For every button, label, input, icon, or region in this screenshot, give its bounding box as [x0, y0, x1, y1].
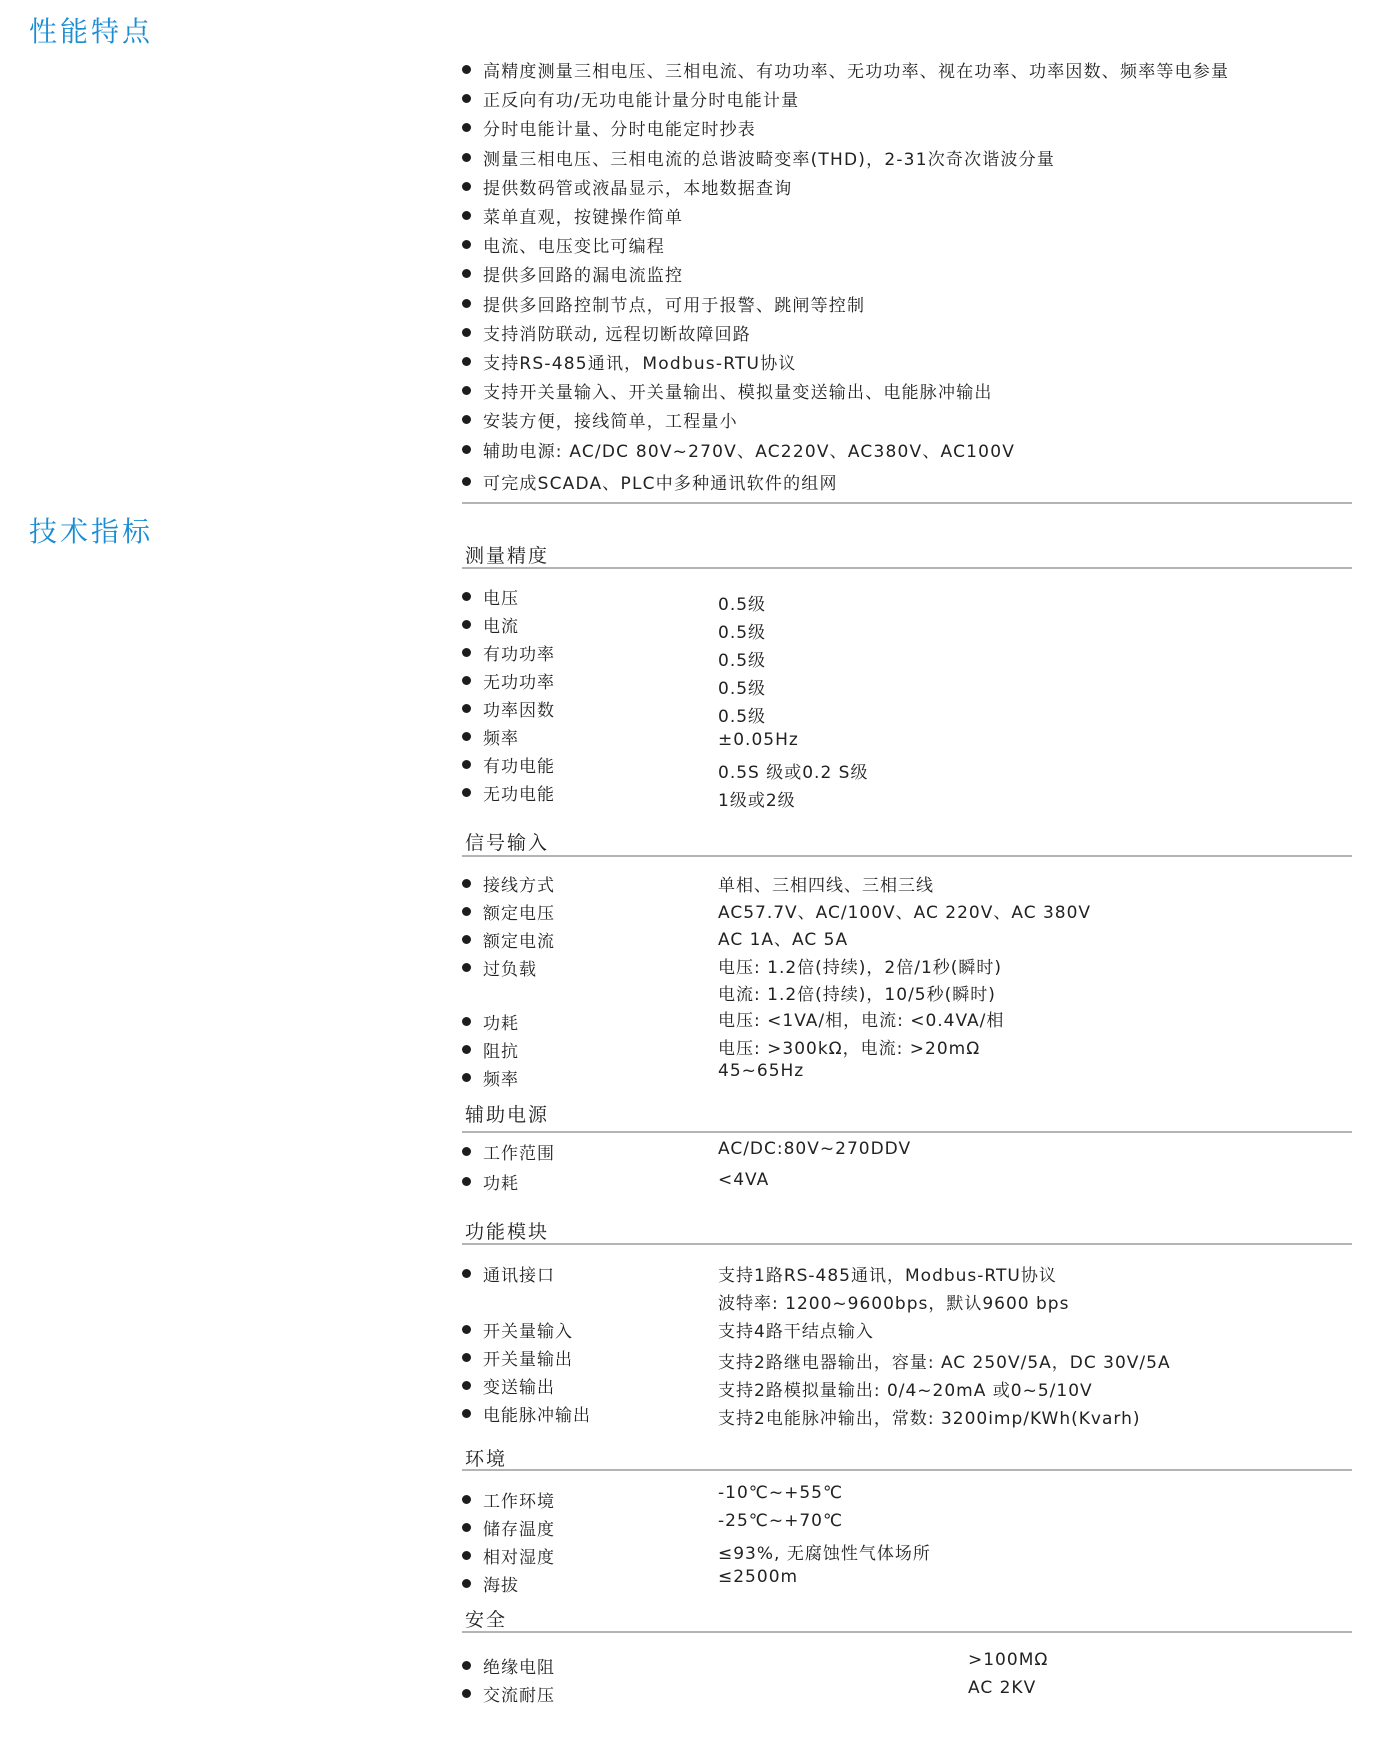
list-item: 辅助电源: AC/DC 80V~270V、AC220V、AC380V、AC100…	[462, 434, 1229, 463]
bullet-icon	[462, 299, 471, 308]
spec-label: 无功电能	[483, 780, 555, 805]
spec-label: 阻抗	[483, 1037, 519, 1062]
spec-row: 频率±0.05Hz	[462, 724, 1352, 752]
spec-value: 电压: 1.2倍(持续)，2倍/1秒(瞬时)	[718, 953, 1002, 978]
spec-label: 无功功率	[483, 668, 555, 693]
spec-value: >100MΩ	[968, 1650, 1048, 1670]
spec-row: 无功电能1级或2级	[462, 780, 1352, 808]
bullet-icon	[462, 1147, 471, 1156]
spec-label: 额定电流	[483, 927, 555, 952]
spec-row: 有功电能0.5S 级或0.2 S级	[462, 752, 1352, 780]
spec-label: 接线方式	[483, 871, 555, 896]
bullet-icon	[462, 445, 471, 454]
bullet-icon	[462, 415, 471, 424]
section-title-safety: 安全	[465, 1605, 507, 1632]
feature-text: 正反向有功/无功电能计量分时电能计量	[483, 86, 799, 111]
spec-label: 开关量输入	[483, 1317, 573, 1342]
bullet-icon	[462, 648, 471, 657]
bullet-icon	[462, 65, 471, 74]
spec-row: 频率45~65Hz	[462, 1063, 1352, 1091]
bullet-icon	[462, 1495, 471, 1504]
spec-row: 无功功率0.5级	[462, 668, 1352, 696]
list-item: 测量三相电压、三相电流的总谐波畸变率(THD)，2-31次奇次谐波分量	[462, 143, 1229, 172]
spec-value: AC57.7V、AC/100V、AC 220V、AC 380V	[718, 898, 1091, 923]
spec-row: 开关量输入支持4路干结点输入	[462, 1317, 1352, 1345]
spec-row: 工作范围AC/DC:80V~270DDV	[462, 1139, 1352, 1169]
spec-value: 单相、三相四线、三相三线	[718, 871, 934, 896]
bullet-icon	[462, 592, 471, 601]
spec-table-aux-power: 工作范围AC/DC:80V~270DDV 功耗<4VA	[462, 1139, 1352, 1197]
bullet-icon	[462, 1325, 471, 1334]
bullet-icon	[462, 1017, 471, 1026]
bullet-icon	[462, 153, 471, 162]
bullet-icon	[462, 1381, 471, 1390]
spec-label: 频率	[483, 1065, 519, 1090]
feature-text: 菜单直观，按键操作简单	[483, 203, 683, 228]
section-title-function-modules: 功能模块	[465, 1217, 549, 1244]
bullet-icon	[462, 1045, 471, 1054]
bullet-icon	[462, 1269, 471, 1278]
spec-table-signal-input: 接线方式单相、三相四线、三相三线 额定电压AC57.7V、AC/100V、AC …	[462, 871, 1352, 1091]
spec-label: 有功功率	[483, 640, 555, 665]
spec-row: 交流耐压AC 2KV	[462, 1679, 1352, 1707]
list-item: 可完成SCADA、PLC中多种通讯软件的组网	[462, 467, 1229, 496]
bullet-icon	[462, 935, 471, 944]
spec-label: 变送输出	[483, 1373, 555, 1398]
spec-label: 工作范围	[483, 1139, 555, 1164]
list-item: 安装方便，接线简单，工程量小	[462, 405, 1229, 434]
section-title-environment: 环境	[465, 1444, 507, 1471]
bullet-icon	[462, 1177, 471, 1186]
bullet-icon	[462, 879, 471, 888]
spec-value: 支持1路RS-485通讯，Modbus-RTU协议	[718, 1261, 1057, 1286]
list-item: 支持消防联动, 远程切断故障回路	[462, 318, 1229, 347]
spec-row: 阻抗电压: >300kΩ，电流: >20mΩ	[462, 1035, 1352, 1063]
features-heading: 性能特点	[29, 10, 153, 50]
spec-label: 额定电压	[483, 899, 555, 924]
spec-label: 电能脉冲输出	[483, 1401, 591, 1426]
spec-table-safety: 绝缘电阻>100MΩ 交流耐压AC 2KV	[462, 1651, 1352, 1707]
bullet-icon	[462, 620, 471, 629]
spec-value: 电压: >300kΩ，电流: >20mΩ	[718, 1034, 980, 1059]
spec-label: 过负载	[483, 955, 537, 980]
spec-row: 电流0.5级	[462, 612, 1352, 640]
list-item: 提供数码管或液晶显示，本地数据查询	[462, 172, 1229, 201]
spec-row: 接线方式单相、三相四线、三相三线	[462, 871, 1352, 899]
feature-text: 支持RS-485通讯，Modbus-RTU协议	[483, 349, 797, 374]
specs-heading: 技术指标	[29, 510, 153, 550]
spec-label: 频率	[483, 724, 519, 749]
bullet-icon	[462, 1689, 471, 1698]
spec-value: 支持2电能脉冲输出，常数: 3200imp/KWh(Kvarh)	[718, 1404, 1141, 1429]
feature-text: 支持开关量输入、开关量输出、模拟量变送输出、电能脉冲输出	[483, 378, 993, 403]
list-item: 支持开关量输入、开关量输出、模拟量变送输出、电能脉冲输出	[462, 376, 1229, 405]
bullet-icon	[462, 907, 471, 916]
section-divider	[462, 1243, 1352, 1245]
spec-row: 工作环境-10℃~+55℃	[462, 1487, 1352, 1515]
feature-text: 提供数码管或液晶显示，本地数据查询	[483, 174, 792, 199]
section-title-aux-power: 辅助电源	[465, 1100, 549, 1127]
list-item: 提供多回路控制节点，可用于报警、跳闸等控制	[462, 289, 1229, 318]
feature-text: 支持消防联动, 远程切断故障回路	[483, 320, 751, 345]
bullet-icon	[462, 328, 471, 337]
spec-value: ≤2500m	[718, 1567, 798, 1587]
spec-label: 相对湿度	[483, 1543, 555, 1568]
bullet-icon	[462, 704, 471, 713]
feature-text: 电流、电压变比可编程	[483, 232, 665, 257]
spec-label: 绝缘电阻	[483, 1653, 555, 1678]
bullet-icon	[462, 732, 471, 741]
spec-label: 海拔	[483, 1571, 519, 1596]
spec-row: 通讯接口支持1路RS-485通讯，Modbus-RTU协议波特率: 1200~9…	[462, 1261, 1352, 1317]
bullet-icon	[462, 963, 471, 972]
bullet-icon	[462, 1409, 471, 1418]
spec-value: AC/DC:80V~270DDV	[718, 1139, 911, 1159]
feature-list: 高精度测量三相电压、三相电流、有功功率、无功功率、视在功率、功率因数、频率等电参…	[462, 55, 1229, 496]
spec-row: 额定电压AC57.7V、AC/100V、AC 220V、AC 380V	[462, 899, 1352, 927]
spec-row: 功率因数0.5级	[462, 696, 1352, 724]
list-item: 电流、电压变比可编程	[462, 230, 1229, 259]
list-item: 提供多回路的漏电流监控	[462, 259, 1229, 288]
bullet-icon	[462, 1579, 471, 1588]
feature-text: 测量三相电压、三相电流的总谐波畸变率(THD)，2-31次奇次谐波分量	[483, 145, 1055, 170]
spec-table-function-modules: 通讯接口支持1路RS-485通讯，Modbus-RTU协议波特率: 1200~9…	[462, 1261, 1352, 1429]
spec-label: 开关量输出	[483, 1345, 573, 1370]
bullet-icon	[462, 1551, 471, 1560]
list-item: 菜单直观，按键操作简单	[462, 201, 1229, 230]
spec-row: 海拔≤2500m	[462, 1571, 1352, 1599]
spec-row: 开关量输出支持2路继电器输出，容量: AC 250V/5A，DC 30V/5A	[462, 1345, 1352, 1373]
spec-label: 交流耐压	[483, 1681, 555, 1706]
spec-row: 过负载电压: 1.2倍(持续)，2倍/1秒(瞬时)电流: 1.2倍(持续)，10…	[462, 955, 1352, 1007]
bullet-icon	[462, 1073, 471, 1082]
spec-label: 储存温度	[483, 1515, 555, 1540]
spec-row: 功耗<4VA	[462, 1169, 1352, 1197]
bullet-icon	[462, 1661, 471, 1670]
bullet-icon	[462, 1353, 471, 1362]
spec-value: 支持4路干结点输入	[718, 1317, 874, 1342]
spec-label: 有功电能	[483, 752, 555, 777]
spec-label: 功率因数	[483, 696, 555, 721]
spec-value: -25℃~+70℃	[718, 1511, 843, 1531]
section-title-signal-input: 信号输入	[465, 828, 549, 855]
spec-value: 1级或2级	[718, 786, 796, 811]
spec-label: 通讯接口	[483, 1261, 555, 1286]
spec-table-environment: 工作环境-10℃~+55℃ 储存温度-25℃~+70℃ 相对湿度≤93%, 无腐…	[462, 1487, 1352, 1599]
feature-text: 安装方便，接线简单，工程量小	[483, 407, 738, 432]
spec-row: 电压0.5级	[462, 584, 1352, 612]
bullet-icon	[462, 386, 471, 395]
divider	[462, 502, 1352, 504]
bullet-icon	[462, 211, 471, 220]
spec-row: 额定电流AC 1A、AC 5A	[462, 927, 1352, 955]
list-item: 分时电能计量、分时电能定时抄表	[462, 113, 1229, 142]
bullet-icon	[462, 94, 471, 103]
spec-row: 相对湿度≤93%, 无腐蚀性气体场所	[462, 1543, 1352, 1571]
spec-value: 波特率: 1200~9600bps，默认9600 bps	[718, 1289, 1069, 1314]
spec-value: <4VA	[718, 1170, 769, 1190]
spec-label: 功耗	[483, 1009, 519, 1034]
bullet-icon	[462, 477, 471, 486]
section-divider	[462, 567, 1352, 569]
feature-text: 提供多回路的漏电流监控	[483, 261, 683, 286]
bullet-icon	[462, 357, 471, 366]
bullet-icon	[462, 760, 471, 769]
spec-label: 工作环境	[483, 1487, 555, 1512]
bullet-icon	[462, 182, 471, 191]
bullet-icon	[462, 676, 471, 685]
spec-row: 有功功率0.5级	[462, 640, 1352, 668]
spec-row: 功耗电压: <1VA/相，电流: <0.4VA/相	[462, 1007, 1352, 1035]
bullet-icon	[462, 123, 471, 132]
feature-text: 可完成SCADA、PLC中多种通讯软件的组网	[483, 469, 838, 494]
bullet-icon	[462, 240, 471, 249]
feature-text: 辅助电源: AC/DC 80V~270V、AC220V、AC380V、AC100…	[483, 437, 1015, 462]
spec-value: ≤93%, 无腐蚀性气体场所	[718, 1539, 931, 1564]
section-title-accuracy: 测量精度	[465, 541, 549, 568]
spec-label: 功耗	[483, 1169, 519, 1194]
spec-table-accuracy: 电压0.5级 电流0.5级 有功功率0.5级 无功功率0.5级 功率因数0.5级…	[462, 584, 1352, 808]
spec-value: 电流: 1.2倍(持续)，10/5秒(瞬时)	[718, 980, 996, 1005]
spec-value: ±0.05Hz	[718, 730, 799, 750]
section-divider	[462, 1469, 1352, 1471]
spec-value: -10℃~+55℃	[718, 1483, 843, 1503]
spec-value: 电压: <1VA/相，电流: <0.4VA/相	[718, 1006, 1004, 1031]
spec-label: 电压	[483, 584, 519, 609]
section-divider	[462, 855, 1352, 857]
bullet-icon	[462, 269, 471, 278]
spec-value: 支持2路继电器输出，容量: AC 250V/5A，DC 30V/5A	[718, 1348, 1171, 1373]
spec-value: AC 2KV	[968, 1678, 1036, 1698]
list-item: 正反向有功/无功电能计量分时电能计量	[462, 84, 1229, 113]
list-item: 高精度测量三相电压、三相电流、有功功率、无功功率、视在功率、功率因数、频率等电参…	[462, 55, 1229, 84]
list-item: 支持RS-485通讯，Modbus-RTU协议	[462, 347, 1229, 376]
feature-text: 分时电能计量、分时电能定时抄表	[483, 115, 756, 140]
bullet-icon	[462, 788, 471, 797]
spec-value: AC 1A、AC 5A	[718, 925, 848, 950]
section-divider	[462, 1631, 1352, 1633]
section-divider	[462, 1131, 1352, 1133]
bullet-icon	[462, 1523, 471, 1532]
spec-label: 电流	[483, 612, 519, 637]
feature-text: 高精度测量三相电压、三相电流、有功功率、无功功率、视在功率、功率因数、频率等电参…	[483, 57, 1229, 82]
spec-row: 变送输出支持2路模拟量输出: 0/4~20mA 或0~5/10V	[462, 1373, 1352, 1401]
spec-row: 电能脉冲输出支持2电能脉冲输出，常数: 3200imp/KWh(Kvarh)	[462, 1401, 1352, 1429]
spec-value: 支持2路模拟量输出: 0/4~20mA 或0~5/10V	[718, 1376, 1093, 1401]
spec-value: 45~65Hz	[718, 1061, 804, 1081]
spec-row: 绝缘电阻>100MΩ	[462, 1651, 1352, 1679]
feature-text: 提供多回路控制节点，可用于报警、跳闸等控制	[483, 291, 865, 316]
